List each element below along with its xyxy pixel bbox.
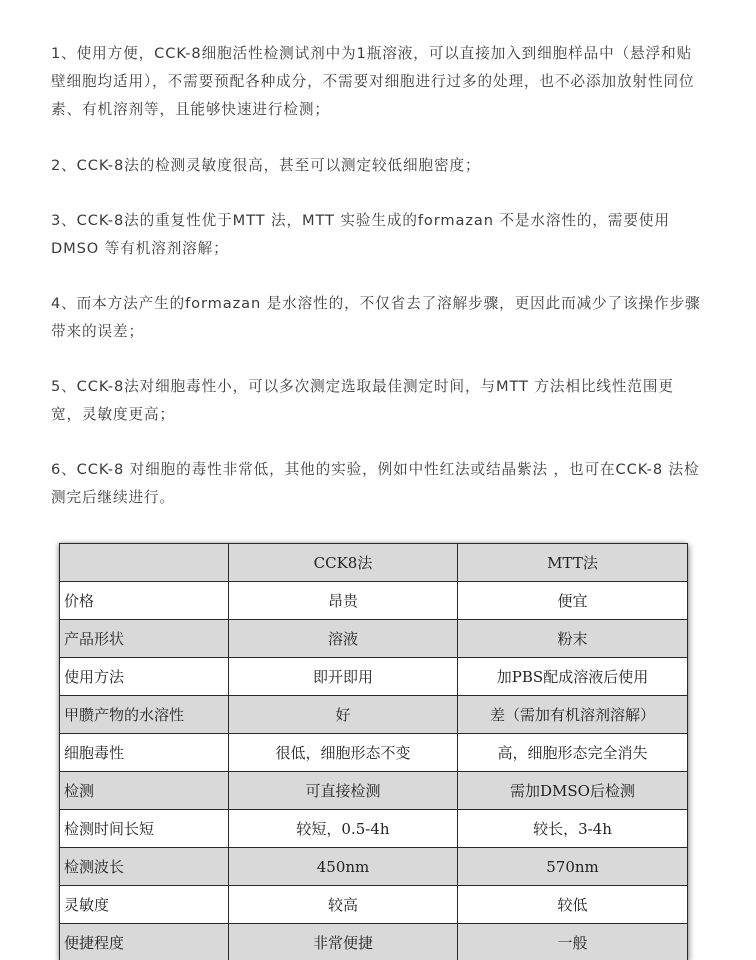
comparison-table: CCK8法 MTT法 价格 昂贵 便宜 产品形状 溶液 粉末 使用方法 即开即用… <box>59 543 688 960</box>
row-label: 细胞毒性 <box>60 734 229 772</box>
table-row: 检测时间长短 较短，0.5-4h 较长，3-4h <box>60 810 688 848</box>
paragraph-5: 5、CCK-8法对细胞毒性小，可以多次测定选取最佳测定时间，与MTT 方法相比线… <box>51 373 701 429</box>
mtt-cell: 高，细胞形态完全消失 <box>458 734 688 772</box>
cck8-cell: 昂贵 <box>229 582 458 620</box>
row-label: 灵敏度 <box>60 886 229 924</box>
mtt-cell: 需加DMSO后检测 <box>458 772 688 810</box>
table-row: 细胞毒性 很低，细胞形态不变 高，细胞形态完全消失 <box>60 734 688 772</box>
mtt-cell: 一般 <box>458 924 688 960</box>
cck8-cell: 可直接检测 <box>229 772 458 810</box>
table-row: 价格 昂贵 便宜 <box>60 582 688 620</box>
table-row: 灵敏度 较高 较低 <box>60 886 688 924</box>
header-cell-mtt: MTT法 <box>458 544 688 582</box>
table-row: 甲臜产物的水溶性 好 差（需加有机溶剂溶解） <box>60 696 688 734</box>
table-row: 检测波长 450nm 570nm <box>60 848 688 886</box>
row-label: 价格 <box>60 582 229 620</box>
article-body: 1、使用方便，CCK-8细胞活性检测试剂中为1瓶溶液，可以直接加入到细胞样品中（… <box>51 40 701 539</box>
cck8-cell: 好 <box>229 696 458 734</box>
paragraph-6: 6、CCK-8 对细胞的毒性非常低，其他的实验，例如中性红法或结晶紫法 ，也可在… <box>51 456 701 512</box>
header-cell-cck8: CCK8法 <box>229 544 458 582</box>
paragraph-4: 4、而本方法产生的formazan 是水溶性的，不仅省去了溶解步骤，更因此而减少… <box>51 290 701 346</box>
header-cell-empty <box>60 544 229 582</box>
mtt-cell: 差（需加有机溶剂溶解） <box>458 696 688 734</box>
row-label: 使用方法 <box>60 658 229 696</box>
row-label: 便捷程度 <box>60 924 229 960</box>
cck8-cell: 溶液 <box>229 620 458 658</box>
cck8-cell: 即开即用 <box>229 658 458 696</box>
row-label: 产品形状 <box>60 620 229 658</box>
cck8-cell: 较短，0.5-4h <box>229 810 458 848</box>
row-label: 甲臜产物的水溶性 <box>60 696 229 734</box>
mtt-cell: 570nm <box>458 848 688 886</box>
paragraph-1: 1、使用方便，CCK-8细胞活性检测试剂中为1瓶溶液，可以直接加入到细胞样品中（… <box>51 40 701 124</box>
row-label: 检测 <box>60 772 229 810</box>
paragraph-3: 3、CCK-8法的重复性优于MTT 法，MTT 实验生成的formazan 不是… <box>51 207 701 263</box>
cck8-cell: 非常便捷 <box>229 924 458 960</box>
cck8-cell: 450nm <box>229 848 458 886</box>
mtt-cell: 便宜 <box>458 582 688 620</box>
table-row: 使用方法 即开即用 加PBS配成溶液后使用 <box>60 658 688 696</box>
mtt-cell: 加PBS配成溶液后使用 <box>458 658 688 696</box>
cck8-cell: 很低，细胞形态不变 <box>229 734 458 772</box>
table-row: 检测 可直接检测 需加DMSO后检测 <box>60 772 688 810</box>
cck8-cell: 较高 <box>229 886 458 924</box>
comparison-table-image: CCK8法 MTT法 价格 昂贵 便宜 产品形状 溶液 粉末 使用方法 即开即用… <box>59 543 687 960</box>
row-label: 检测时间长短 <box>60 810 229 848</box>
row-label: 检测波长 <box>60 848 229 886</box>
table-row: 便捷程度 非常便捷 一般 <box>60 924 688 960</box>
paragraph-2: 2、CCK-8法的检测灵敏度很高，甚至可以测定较低细胞密度； <box>51 152 701 180</box>
mtt-cell: 粉末 <box>458 620 688 658</box>
table-header-row: CCK8法 MTT法 <box>60 544 688 582</box>
mtt-cell: 较长，3-4h <box>458 810 688 848</box>
mtt-cell: 较低 <box>458 886 688 924</box>
table-row: 产品形状 溶液 粉末 <box>60 620 688 658</box>
